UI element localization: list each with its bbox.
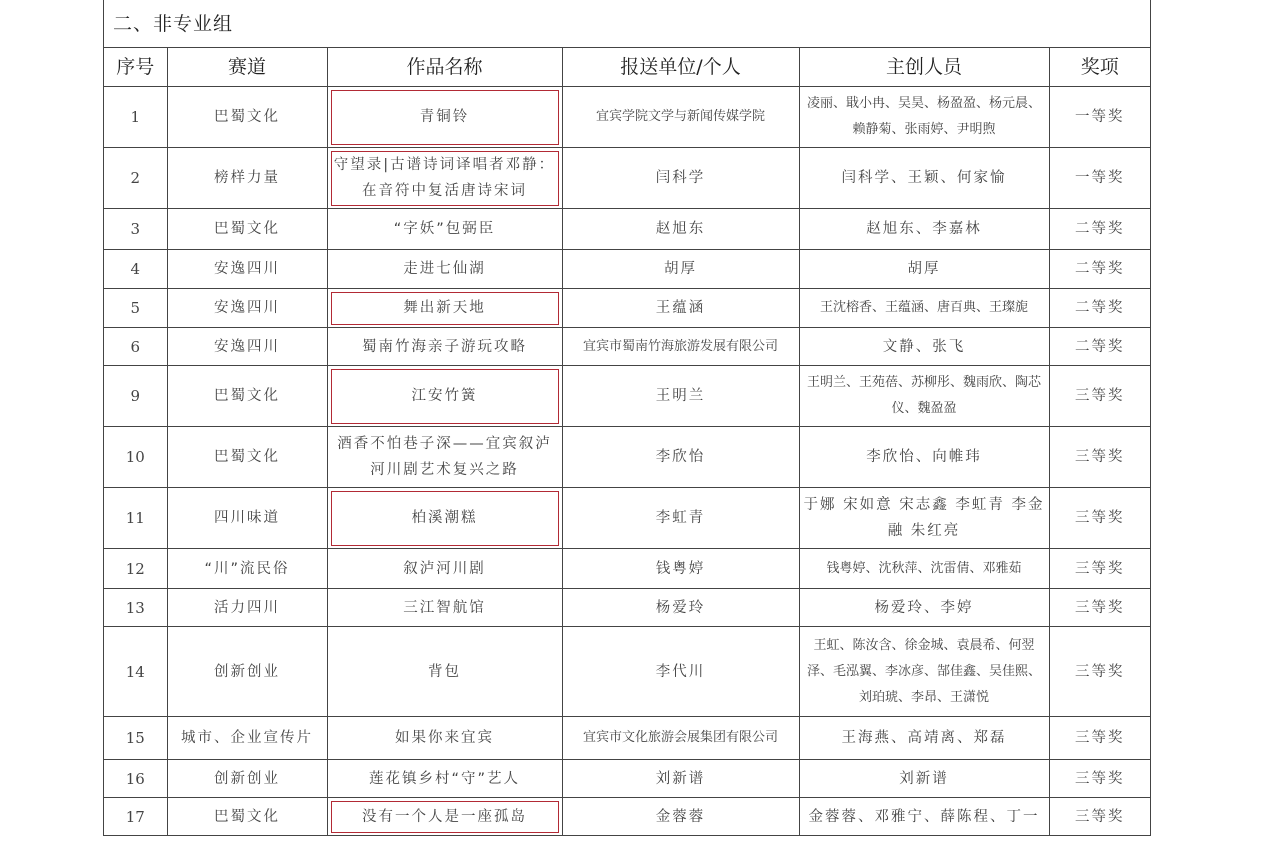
cell-index: 12 [104,549,167,589]
cell-award: 三等奖 [1049,798,1150,836]
cell-track: 巴蜀文化 [167,209,327,250]
cell-creators: 王海燕、高靖离、郑磊 [799,717,1049,760]
section-title: 二、非专业组 [104,0,1150,48]
table-row: 2 榜样力量 守望录|古谱诗词译唱者邓静：在音符中复活唐诗宋词 闫科学 闫科学、… [104,148,1150,209]
cell-award: 二等奖 [1049,209,1150,250]
cell-work: 青铜铃 [327,87,562,148]
cell-creators: 胡厚 [799,250,1049,289]
cell-award: 三等奖 [1049,627,1150,717]
cell-award: 一等奖 [1049,87,1150,148]
cell-submitter: 赵旭东 [562,209,799,250]
cell-work: 守望录|古谱诗词译唱者邓静：在音符中复活唐诗宋词 [327,148,562,209]
cell-index: 15 [104,717,167,760]
table-row: 15 城市、企业宣传片 如果你来宜宾 宜宾市文化旅游会展集团有限公司 王海燕、高… [104,717,1150,760]
cell-submitter: 金蓉蓉 [562,798,799,836]
cell-award: 三等奖 [1049,366,1150,427]
cell-submitter: 闫科学 [562,148,799,209]
table-row: 1 巴蜀文化 青铜铃 宜宾学院文学与新闻传媒学院 凌丽、戢小冉、吴昊、杨盈盈、杨… [104,87,1150,148]
cell-work: 背包 [327,627,562,717]
work-title: 守望录|古谱诗词译唱者邓静：在音符中复活唐诗宋词 [334,157,555,199]
cell-award: 三等奖 [1049,427,1150,488]
cell-submitter: 宜宾市蜀南竹海旅游发展有限公司 [562,328,799,366]
cell-creators: 凌丽、戢小冉、吴昊、杨盈盈、杨元晨、赖静菊、张雨婷、尹明煦 [799,87,1049,148]
cell-track: 活力四川 [167,589,327,627]
cell-award: 三等奖 [1049,717,1150,760]
table-row: 9 巴蜀文化 江安竹簧 王明兰 王明兰、王苑蓓、苏柳彤、魏雨欣、陶芯仪、魏盈盈 … [104,366,1150,427]
cell-index: 2 [104,148,167,209]
cell-index: 9 [104,366,167,427]
cell-award: 二等奖 [1049,328,1150,366]
cell-work: 叙泸河川剧 [327,549,562,589]
cell-creators: 于娜 宋如意 宋志鑫 李虹青 李金融 朱红亮 [799,488,1049,549]
cell-creators: 杨爱玲、李婷 [799,589,1049,627]
cell-index: 1 [104,87,167,148]
table-row: 17 巴蜀文化 没有一个人是一座孤岛 金蓉蓉 金蓉蓉、邓雅宁、薛陈程、丁一 三等… [104,798,1150,836]
cell-award: 二等奖 [1049,289,1150,328]
cell-work: 舞出新天地 [327,289,562,328]
cell-track: 安逸四川 [167,250,327,289]
cell-track: 巴蜀文化 [167,366,327,427]
award-table-sheet: 二、非专业组 序号 赛道 作品名称 报送单位/个人 主创人员 奖项 1 巴蜀文化… [103,0,1151,836]
cell-creators: 赵旭东、李嘉林 [799,209,1049,250]
cell-work: 三江智航馆 [327,589,562,627]
table-row: 10 巴蜀文化 酒香不怕巷子深——宜宾叙泸河川剧艺术复兴之路 李欣怡 李欣怡、向… [104,427,1150,488]
cell-submitter: 宜宾学院文学与新闻传媒学院 [562,87,799,148]
work-title: 舞出新天地 [403,300,486,316]
cell-index: 17 [104,798,167,836]
cell-submitter: 王蕴涵 [562,289,799,328]
cell-submitter: 王明兰 [562,366,799,427]
cell-index: 3 [104,209,167,250]
cell-creators: 闫科学、王颖、何家愉 [799,148,1049,209]
header-submitter: 报送单位/个人 [562,48,799,87]
cell-award: 三等奖 [1049,488,1150,549]
cell-index: 5 [104,289,167,328]
cell-submitter: 李欣怡 [562,427,799,488]
work-title: 三江智航馆 [403,600,486,616]
table-row: 11 四川味道 柏溪潮糕 李虹青 于娜 宋如意 宋志鑫 李虹青 李金融 朱红亮 … [104,488,1150,549]
cell-work: 莲花镇乡村“守”艺人 [327,760,562,798]
cell-work: “字妖”包弼臣 [327,209,562,250]
work-title: 莲花镇乡村“守”艺人 [369,771,520,787]
cell-track: 四川味道 [167,488,327,549]
cell-award: 一等奖 [1049,148,1150,209]
header-creators: 主创人员 [799,48,1049,87]
table-row: 5 安逸四川 舞出新天地 王蕴涵 王沈榕香、王蕴涵、唐百典、王璨旎 二等奖 [104,289,1150,328]
table-row: 13 活力四川 三江智航馆 杨爱玲 杨爱玲、李婷 三等奖 [104,589,1150,627]
cell-index: 4 [104,250,167,289]
cell-creators: 文静、张飞 [799,328,1049,366]
cell-index: 13 [104,589,167,627]
cell-work: 江安竹簧 [327,366,562,427]
cell-award: 三等奖 [1049,760,1150,798]
cell-track: 巴蜀文化 [167,427,327,488]
header-row: 序号 赛道 作品名称 报送单位/个人 主创人员 奖项 [104,48,1150,87]
cell-track: 巴蜀文化 [167,87,327,148]
table-row: 3 巴蜀文化 “字妖”包弼臣 赵旭东 赵旭东、李嘉林 二等奖 [104,209,1150,250]
work-title: 青铜铃 [420,109,470,125]
cell-creators: 王明兰、王苑蓓、苏柳彤、魏雨欣、陶芯仪、魏盈盈 [799,366,1049,427]
cell-award: 三等奖 [1049,589,1150,627]
cell-creators: 李欣怡、向帷玮 [799,427,1049,488]
cell-submitter: 杨爱玲 [562,589,799,627]
cell-submitter: 李虹青 [562,488,799,549]
cell-work: 如果你来宜宾 [327,717,562,760]
work-title: 江安竹簧 [412,388,478,404]
cell-work: 没有一个人是一座孤岛 [327,798,562,836]
cell-track: 巴蜀文化 [167,798,327,836]
cell-track: “川”流民俗 [167,549,327,589]
cell-work: 酒香不怕巷子深——宜宾叙泸河川剧艺术复兴之路 [327,427,562,488]
cell-work: 蜀南竹海亲子游玩攻略 [327,328,562,366]
header-index: 序号 [104,48,167,87]
header-work: 作品名称 [327,48,562,87]
table-row: 6 安逸四川 蜀南竹海亲子游玩攻略 宜宾市蜀南竹海旅游发展有限公司 文静、张飞 … [104,328,1150,366]
table-row: 12 “川”流民俗 叙泸河川剧 钱粤婷 钱粤婷、沈秋萍、沈雷倩、邓雅茹 三等奖 [104,549,1150,589]
cell-work: 柏溪潮糕 [327,488,562,549]
cell-award: 二等奖 [1049,250,1150,289]
cell-index: 10 [104,427,167,488]
table-row: 4 安逸四川 走进七仙湖 胡厚 胡厚 二等奖 [104,250,1150,289]
cell-index: 16 [104,760,167,798]
cell-creators: 王虹、陈汝含、徐金城、袁晨希、何翌泽、毛泓翼、李冰彦、郜佳鑫、吴佳熙、刘珀琥、李… [799,627,1049,717]
work-title: 蜀南竹海亲子游玩攻略 [362,339,527,355]
work-title: 没有一个人是一座孤岛 [362,809,527,825]
table-row: 14 创新创业 背包 李代川 王虹、陈汝含、徐金城、袁晨希、何翌泽、毛泓翼、李冰… [104,627,1150,717]
cell-submitter: 宜宾市文化旅游会展集团有限公司 [562,717,799,760]
work-title: “字妖”包弼臣 [394,221,496,237]
cell-track: 创新创业 [167,627,327,717]
header-track: 赛道 [167,48,327,87]
table-body: 1 巴蜀文化 青铜铃 宜宾学院文学与新闻传媒学院 凌丽、戢小冉、吴昊、杨盈盈、杨… [104,87,1150,836]
cell-creators: 金蓉蓉、邓雅宁、薛陈程、丁一 [799,798,1049,836]
cell-track: 创新创业 [167,760,327,798]
cell-index: 11 [104,488,167,549]
work-title: 酒香不怕巷子深——宜宾叙泸河川剧艺术复兴之路 [337,436,552,478]
cell-index: 14 [104,627,167,717]
work-title: 如果你来宜宾 [395,730,494,746]
table-row: 16 创新创业 莲花镇乡村“守”艺人 刘新谱 刘新谱 三等奖 [104,760,1150,798]
header-award: 奖项 [1049,48,1150,87]
cell-submitter: 李代川 [562,627,799,717]
cell-submitter: 刘新谱 [562,760,799,798]
cell-creators: 钱粤婷、沈秋萍、沈雷倩、邓雅茹 [799,549,1049,589]
work-title: 背包 [428,664,461,680]
cell-submitter: 胡厚 [562,250,799,289]
work-title: 柏溪潮糕 [412,510,478,526]
cell-creators: 王沈榕香、王蕴涵、唐百典、王璨旎 [799,289,1049,328]
cell-creators: 刘新谱 [799,760,1049,798]
work-title: 走进七仙湖 [403,261,486,277]
cell-track: 榜样力量 [167,148,327,209]
work-title: 叙泸河川剧 [403,561,486,577]
cell-submitter: 钱粤婷 [562,549,799,589]
cell-track: 安逸四川 [167,328,327,366]
cell-work: 走进七仙湖 [327,250,562,289]
cell-track: 安逸四川 [167,289,327,328]
cell-track: 城市、企业宣传片 [167,717,327,760]
cell-index: 6 [104,328,167,366]
cell-award: 三等奖 [1049,549,1150,589]
award-table: 序号 赛道 作品名称 报送单位/个人 主创人员 奖项 1 巴蜀文化 青铜铃 宜宾… [104,48,1150,836]
